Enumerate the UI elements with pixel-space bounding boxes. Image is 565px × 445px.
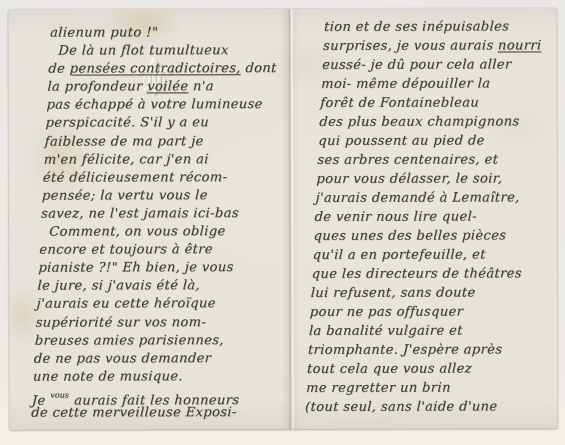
manuscript-line: de ne pas vous demander — [33, 350, 296, 369]
manuscript-line: tion et de ses inépuisables — [324, 17, 565, 37]
manuscript-line: ques unes des belles pièces — [313, 226, 565, 246]
manuscript-line: faiblesse de ma part je — [44, 132, 307, 151]
manuscript-line: j'aurais eu cette héroïque — [36, 295, 299, 314]
manuscript-line: me regretter un brin — [306, 378, 559, 398]
manuscript-line: qui poussent au pied de — [318, 131, 565, 151]
manuscript-line: de cette merveilleuse Exposi- — [31, 404, 294, 423]
manuscript-line: pour vous délasser, le soir, — [316, 169, 565, 189]
manuscript-line: moi- même dépouiller la — [321, 74, 565, 94]
manuscript-line: j'aurais demandé à Lemaître, — [315, 188, 565, 208]
manuscript-line: m'en félicite, car j'en ai — [43, 151, 306, 170]
manuscript-line: pensée; la vertu vous le — [41, 187, 304, 206]
manuscript-line: Je vous aurais fait les honneurs — [32, 386, 295, 405]
manuscript-line: perspicacité. S'il y a eu — [45, 114, 308, 133]
manuscript-line: une note de musique. — [32, 368, 295, 387]
manuscript-line: surprises, je vous aurais nourri — [323, 36, 565, 56]
manuscript-line: alienum puto !" — [50, 24, 313, 43]
manuscript-line: le jure, si j'avais été là, — [37, 277, 300, 296]
manuscript-line: ses arbres centenaires, et — [317, 150, 565, 170]
letter-page-left: alienum puto !" De là un flot tumultueux… — [30, 9, 314, 445]
manuscript-line: qu'il a en portefeuille, et — [312, 245, 565, 265]
manuscript-line: breuses amies parisiennes, — [34, 332, 297, 351]
manuscript-line: la banalité vulgaire et — [308, 321, 561, 341]
manuscript-line: Comment, on vous oblige — [40, 223, 303, 242]
manuscript-line: que les directeurs de théâtres — [311, 264, 564, 284]
manuscript-line: encore et toujours à être — [39, 241, 302, 260]
manuscript-line: forêt de Fontainebleau — [320, 93, 565, 113]
manuscript-line: supériorité sur vos nom- — [35, 313, 298, 332]
manuscript-line: des plus beaux champignons — [319, 112, 565, 132]
manuscript-line: tout cela que vous allez — [307, 359, 560, 379]
manuscript-line: triomphante. J'espère après — [307, 340, 560, 360]
manuscript-line: lui refusent, sans doute — [310, 283, 563, 303]
manuscript-line: (tout seul, sans l'aide d'une — [305, 397, 558, 417]
manuscript-line: pas échappé à votre lumineuse — [46, 96, 309, 115]
manuscript-line: pianiste ?!" Eh bien, je vous — [38, 259, 301, 278]
scanned-letter-screenshot: { "document": { "kind": "handwritten let… — [0, 0, 565, 445]
manuscript-line: été délicieusement récom- — [42, 169, 305, 188]
manuscript-line: de venir nous lire quel- — [314, 207, 565, 227]
manuscript-line: De là un flot tumultueux — [49, 42, 312, 61]
letter-paper-sheet: ⚜ alienum puto !" De là un flot tumultue… — [8, 8, 557, 429]
letter-page-right: tion et de ses inépuisablessurprises, je… — [304, 8, 565, 438]
manuscript-line: pour ne pas offusquer — [309, 302, 562, 322]
manuscript-line: eussé- je dû pour cela aller — [322, 55, 565, 75]
manuscript-line: savez, ne l'est jamais ici-bas — [41, 205, 304, 224]
manuscript-line: la profondeur voilée n'a — [47, 78, 310, 97]
manuscript-line: de pensées contradictoires, dont — [48, 60, 311, 79]
